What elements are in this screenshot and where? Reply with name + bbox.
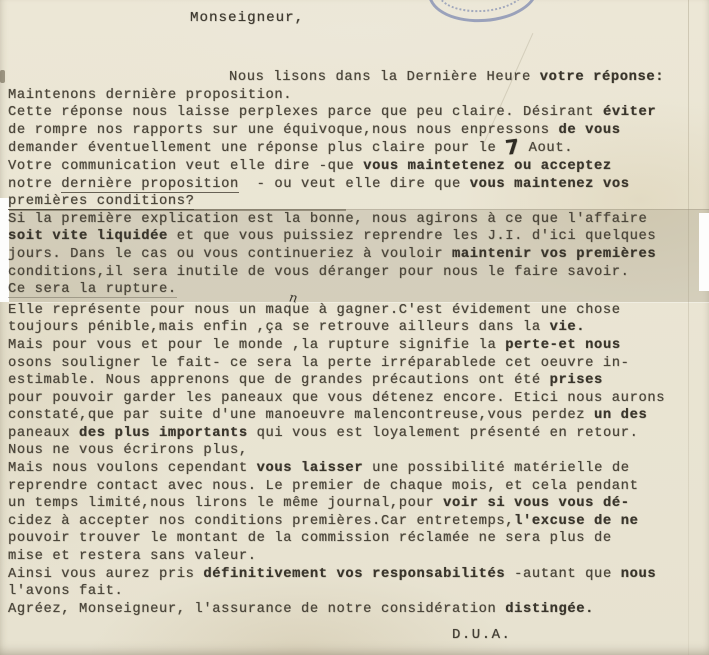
letter-text-segment: prises	[550, 373, 603, 388]
letter-line: Maintenons dernière proposition.	[8, 87, 706, 105]
letter-text-segment: jours. Dans le cas ou vous continueriez …	[8, 247, 452, 262]
letter-line: osons souligner le fait- ce sera la pert…	[8, 355, 706, 373]
letter-text-segment: toujours pénible,mais enfin ,ça se retro…	[8, 320, 550, 335]
letter-line: l'avons fait.	[8, 583, 706, 601]
letter-text-segment: un des	[594, 408, 647, 423]
letter-text-segment: une possibilité matérielle de	[363, 461, 629, 476]
letter-line: conditions,il sera inutile de vous déran…	[8, 264, 706, 282]
letter-text-segment: Maintenons dernière proposition.	[8, 88, 292, 103]
letter-text-segment: Mais pour vous et pour le monde ,la rupt…	[8, 338, 505, 353]
letter-text-segment: Ce sera la rupture.	[8, 282, 177, 298]
letter-text-segment: mise et restera sans valeur.	[8, 549, 257, 564]
letter-text-segment: notre	[8, 177, 61, 192]
letter-text-segment: Si la première explication est la bonne,…	[8, 212, 647, 227]
letter-text-segment: et que vous puissiez reprendre les J.I. …	[168, 229, 656, 244]
letter-text-segment: de vous	[559, 123, 621, 138]
letter-line: paneaux des plus importants qui vous est…	[8, 425, 706, 443]
letter-text-segment: votre réponse:	[540, 70, 664, 85]
letter-line: Mais nous voulons cependant vous laisser…	[8, 460, 706, 478]
letter-line: pour pouvoir garder les paneaux que vous…	[8, 390, 706, 408]
letter-line: mise et restera sans valeur.	[8, 548, 706, 566]
letter-line: Nous ne vous écrirons plus,	[8, 442, 706, 460]
letter-text-segment: pouvoir trouver le montant de la commiss…	[8, 531, 612, 546]
letter-document: Monseigneur, Nous lisons dans la Dernièr…	[0, 0, 709, 655]
letter-line: jours. Dans le cas ou vous continueriez …	[8, 246, 706, 264]
letter-text-segment: -autant que	[505, 567, 620, 582]
letter-text-segment: Nous lisons dans la Dernière Heure	[229, 70, 540, 85]
letter-line: notre dernière proposition - ou veut ell…	[8, 176, 706, 194]
letter-text-segment: distingée.	[505, 602, 594, 617]
letter-text-segment: - ou veut elle dire que	[239, 177, 470, 192]
letter-line: de rompre nos rapports sur une équivoque…	[8, 122, 706, 140]
letter-text-segment: vous laisser	[257, 461, 364, 476]
letter-text-segment: Ainsi vous aurez pris	[8, 567, 203, 582]
letter-text-segment: des plus importants	[79, 426, 248, 441]
letter-text-segment: conditions,il sera inutile de vous déran…	[8, 265, 630, 280]
letter-line: demander éventuellement une réponse plus…	[8, 139, 706, 158]
letter-text-segment: Cette réponse nous laisse perplexes parc…	[8, 105, 603, 120]
letter-text-segment: l'avons fait.	[8, 584, 123, 599]
handwritten-date-digit: 7	[505, 142, 521, 154]
letter-text-segment: voir si vous vous dé-	[443, 496, 629, 511]
letter-line: premières conditions?	[8, 193, 706, 211]
letter-line: soit vite liquidée et que vous puissiez …	[8, 228, 706, 246]
letter-line: un temps limité,nous lirons le même jour…	[8, 495, 706, 513]
letter-text-segment: maintenir vos premières	[452, 247, 656, 262]
letter-text-segment: Nous ne vous écrirons plus,	[8, 443, 248, 458]
letter-line: Elle représente pour nous un maque à gag…	[8, 302, 706, 320]
letter-text-segment: Mais nous voulons cependant	[8, 461, 257, 476]
letter-line: cidez à accepter nos conditions première…	[8, 513, 706, 531]
letter-text-segment: osons souligner le fait- ce sera la pert…	[8, 356, 630, 371]
letter-text-segment: premières conditions?	[8, 194, 194, 210]
letter-text-segment: demander éventuellement une réponse plus…	[8, 141, 505, 156]
letter-line: Agréez, Monseigneur, l'assurance de notr…	[8, 601, 706, 619]
letter-text-segment: Votre communication veut elle dire -que	[8, 159, 363, 174]
letter-text-segment: éviter	[603, 105, 656, 120]
letter-text-segment: pour pouvoir garder les paneaux que vous…	[8, 391, 665, 406]
letter-line: reprendre contact avec nous. Le premier …	[8, 478, 706, 496]
letter-text-segment: Aout.	[520, 141, 573, 156]
letter-text-segment: estimable. Nous apprenons que de grandes…	[8, 373, 550, 388]
letter-line: Votre communication veut elle dire -que …	[8, 158, 706, 176]
letter-line: toujours pénible,mais enfin ,ça se retro…	[8, 319, 706, 337]
letter-line: Nous lisons dans la Dernière Heure votre…	[8, 69, 706, 87]
letter-text-segment: cidez à accepter nos conditions première…	[8, 514, 514, 529]
letter-body: Nous lisons dans la Dernière Heure votre…	[8, 69, 706, 618]
letter-text-segment: définitivement vos responsabilités	[203, 567, 505, 582]
letter-text-segment: qui vous est loyalement présenté en reto…	[248, 426, 639, 441]
letter-text-segment: Agréez, Monseigneur, l'assurance de notr…	[8, 602, 505, 617]
letter-line: Ce sera la rupture.	[8, 281, 706, 299]
letter-text-segment: un temps limité,nous lirons le même jour…	[8, 496, 443, 511]
letter-text-segment: paneaux	[8, 426, 79, 441]
letter-text-segment: l'excuse de ne	[514, 514, 638, 529]
letter-text-segment: de rompre nos rapports sur une équivoque…	[8, 123, 559, 138]
letter-line: Mais pour vous et pour le monde ,la rupt…	[8, 337, 706, 355]
letter-text-segment: vous maintenez vos	[470, 177, 630, 192]
letter-text-segment: soit vite liquidée	[8, 229, 168, 244]
letter-line: Cette réponse nous laisse perplexes parc…	[8, 104, 706, 122]
letter-line: constaté,que par suite d'une manoeuvre m…	[8, 407, 706, 425]
letter-text-segment: reprendre contact avec nous. Le premier …	[8, 479, 638, 494]
edge-ink-smudge	[0, 70, 5, 83]
letter-line: Si la première explication est la bonne,…	[8, 211, 706, 229]
signature: D.U.A.	[452, 627, 511, 643]
salutation: Monseigneur,	[190, 10, 304, 26]
letter-text-segment: constaté,que par suite d'une manoeuvre m…	[8, 408, 594, 423]
letter-text-segment: vie.	[550, 320, 586, 335]
letter-text-segment: perte-et nous	[505, 338, 620, 353]
letter-text-segment: dernière proposition	[61, 177, 239, 193]
letter-text-segment: Elle représente pour nous un maque à gag…	[8, 303, 621, 318]
letter-text-segment: vous maintetenez ou acceptez	[363, 159, 612, 174]
letter-line: Ainsi vous aurez pris définitivement vos…	[8, 566, 706, 584]
letter-line: estimable. Nous apprenons que de grandes…	[8, 372, 706, 390]
letter-line: pouvoir trouver le montant de la commiss…	[8, 530, 706, 548]
letter-text-segment: nous	[621, 567, 657, 582]
